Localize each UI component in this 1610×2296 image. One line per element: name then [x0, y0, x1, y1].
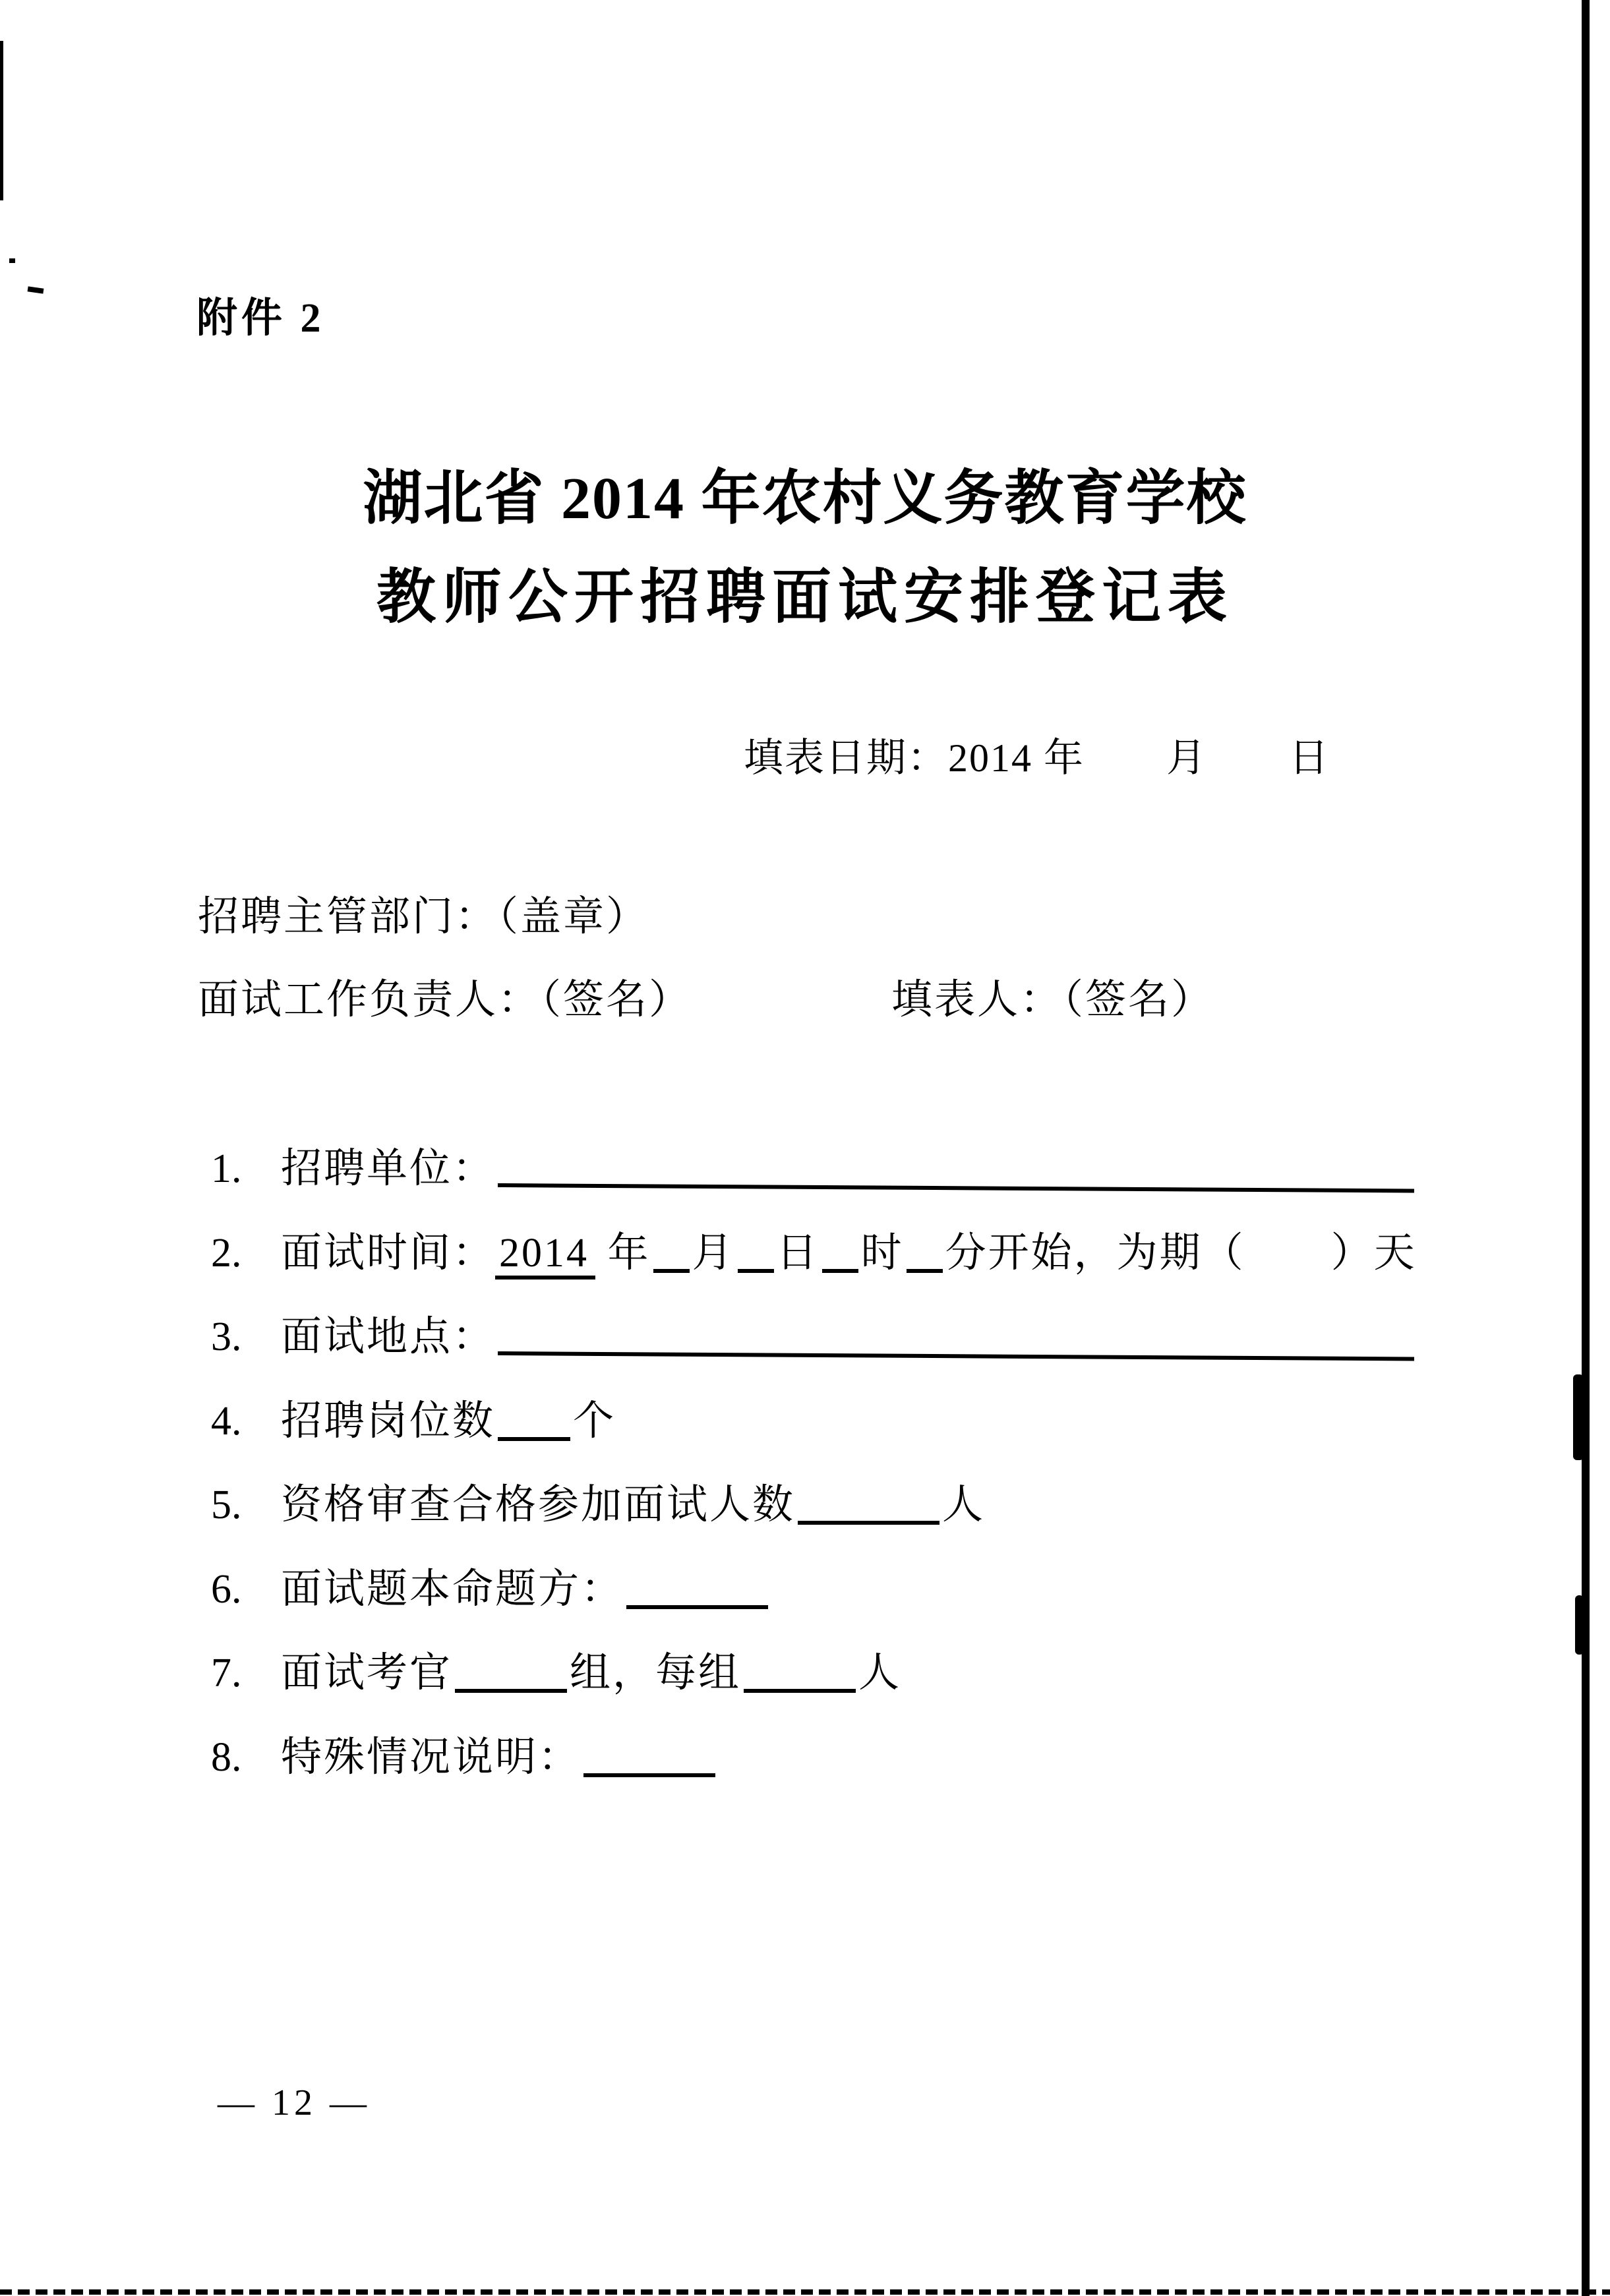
- item-label: 组，每组: [570, 1651, 741, 1695]
- interviewer-signature-line: 面试工作负责人：（签名）: [198, 966, 692, 1025]
- item-label: 招聘单位：: [281, 1146, 495, 1191]
- fill-date-line: 填表日期：2014 年 月 日: [744, 726, 1330, 783]
- item-label: 面试时间：: [281, 1231, 495, 1276]
- item-label: 面试考官: [281, 1651, 452, 1695]
- filler-signature-line: 填表人：（签名）: [891, 966, 1214, 1025]
- item-label: 人: [942, 1483, 985, 1527]
- item-label: 月: [692, 1231, 735, 1276]
- document-page: 附件 2 湖北省 2014 年农村义务教育学校 教师公开招聘面试安排登记表 填表…: [0, 0, 1610, 2296]
- underlined-value: 2014: [495, 1231, 595, 1280]
- fill-in-blank: [744, 1681, 856, 1693]
- attachment-label: 附件 2: [196, 285, 325, 343]
- item-number: 4.: [211, 1398, 254, 1445]
- item-label: 年: [595, 1231, 651, 1276]
- item-label: 时: [861, 1231, 904, 1276]
- item-label: 资格审查合格参加面试人数: [281, 1483, 795, 1527]
- left-edge-scan-mark: [0, 41, 3, 200]
- document-title-line-2: 教师公开招聘面试安排登记表: [0, 548, 1610, 634]
- page-number: — 12 —: [218, 2082, 371, 2124]
- fill-in-blank: [498, 1343, 1414, 1361]
- document-title-line-1: 湖北省 2014 年农村义务教育学校: [0, 450, 1610, 535]
- form-item: 8.特殊情况说明：: [211, 1724, 718, 1782]
- item-number: 2.: [211, 1230, 254, 1277]
- right-edge-scan-blot: [1575, 1595, 1584, 1655]
- item-number: 5.: [211, 1482, 254, 1529]
- item-number: 7.: [211, 1650, 254, 1697]
- item-label: 招聘岗位数: [281, 1399, 495, 1444]
- item-number: 6.: [211, 1566, 254, 1613]
- fill-in-blank: [626, 1597, 768, 1609]
- scan-speck: [9, 258, 15, 263]
- item-label: 分开始，为期（ ）天: [945, 1231, 1417, 1276]
- form-item: 2.面试时间：2014 年月日时分开始，为期（ ）天: [211, 1220, 1417, 1278]
- right-edge-scan-blot: [1573, 1374, 1584, 1460]
- fill-in-blank: [653, 1261, 690, 1273]
- form-item: 6.面试题本命题方：: [211, 1556, 771, 1614]
- form-item: 3.面试地点：: [211, 1303, 1417, 1362]
- fill-in-blank: [498, 1175, 1414, 1192]
- fill-in-blank: [583, 1765, 715, 1777]
- item-label: 人: [858, 1651, 901, 1695]
- right-edge-scan-line: [1582, 0, 1590, 2296]
- form-item: 5.资格审查合格参加面试人数人: [211, 1471, 985, 1530]
- item-label: 面试题本命题方：: [281, 1567, 624, 1612]
- fill-in-blank: [738, 1261, 774, 1273]
- form-item: 7.面试考官组，每组人: [211, 1639, 901, 1698]
- fill-in-blank: [455, 1681, 567, 1693]
- form-item: 1.招聘单位：: [211, 1135, 1417, 1194]
- fill-in-blank: [498, 1429, 570, 1441]
- item-label: 面试地点：: [281, 1314, 495, 1359]
- form-item: 4.招聘岗位数个: [211, 1388, 616, 1446]
- form-item-list: 1.招聘单位：2.面试时间：2014 年月日时分开始，为期（ ）天3.面试地点：…: [211, 1135, 1437, 1834]
- item-label: 个: [573, 1399, 616, 1444]
- item-number: 3.: [211, 1314, 254, 1361]
- item-label: 日: [777, 1231, 820, 1276]
- fill-in-blank: [907, 1261, 943, 1273]
- bottom-edge-scan-line: [0, 2289, 1610, 2295]
- scan-speck: [28, 286, 44, 293]
- fill-in-blank: [822, 1261, 858, 1273]
- fill-in-blank: [798, 1513, 939, 1525]
- item-label: 特殊情况说明：: [281, 1735, 581, 1780]
- item-number: 8.: [211, 1734, 254, 1781]
- item-number: 1.: [211, 1146, 254, 1192]
- department-seal-line: 招聘主管部门：（盖章）: [198, 883, 649, 942]
